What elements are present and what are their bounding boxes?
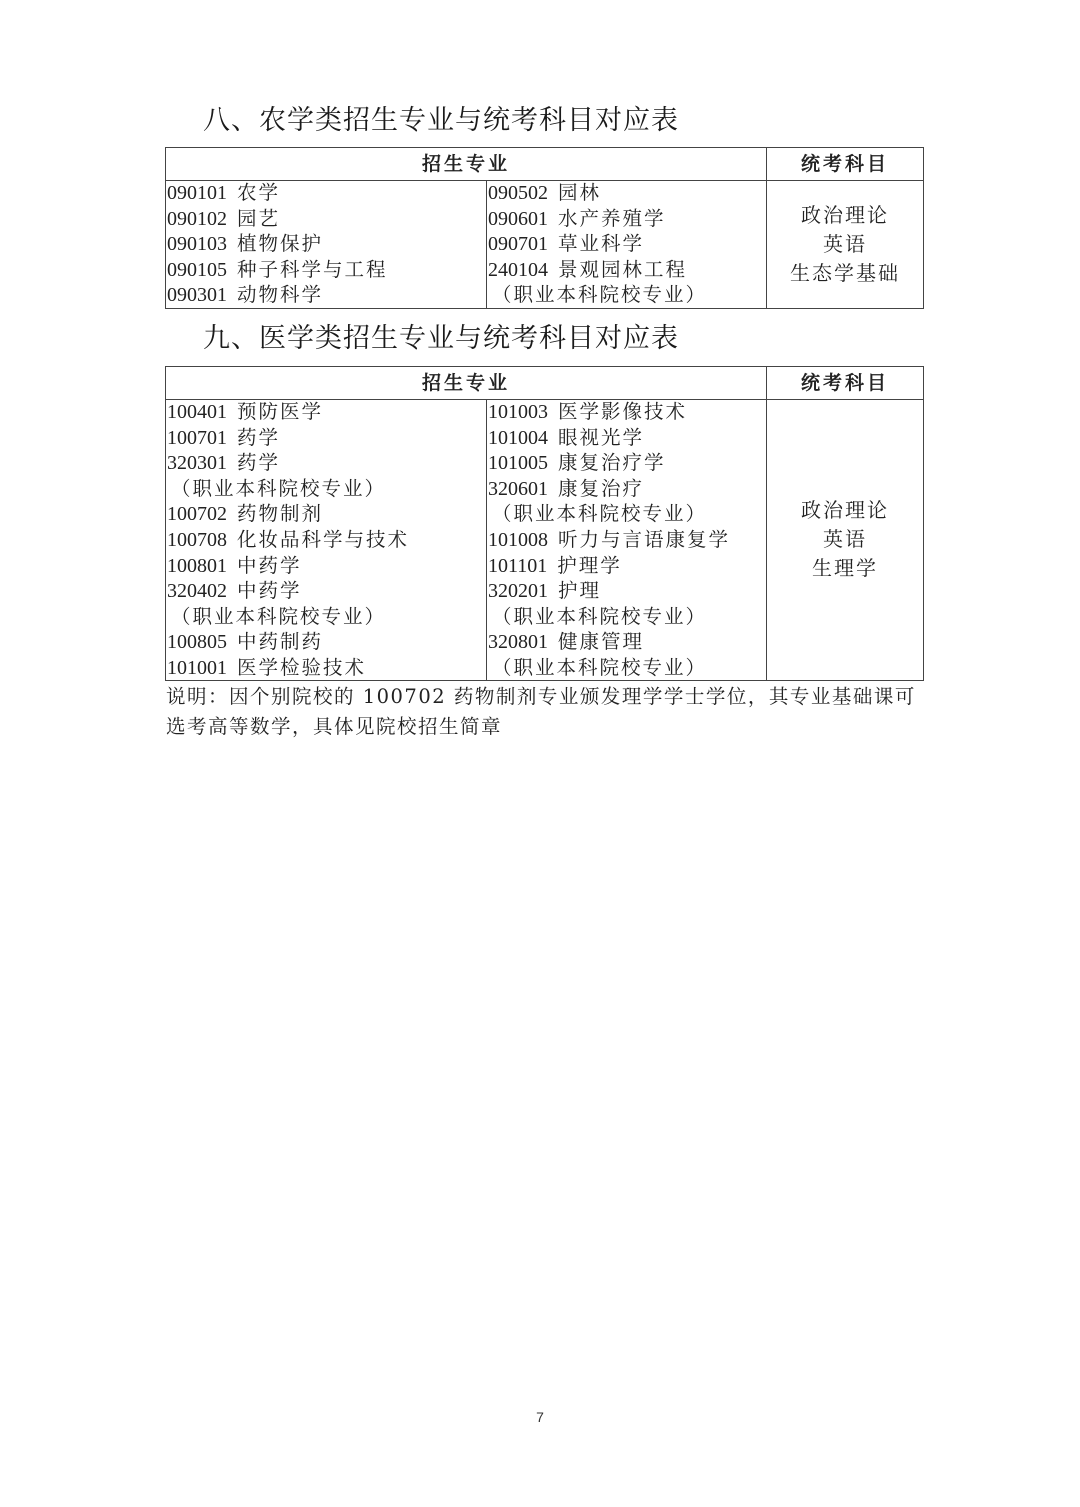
- major-code: 100702: [167, 503, 227, 525]
- major-name: 动物科学: [237, 283, 323, 306]
- table-row: （职业本科院校专业）: [166, 476, 486, 502]
- major-name: 中药学: [237, 554, 302, 577]
- major-code: 320301: [167, 452, 227, 474]
- major-code: 101001: [167, 657, 227, 679]
- table-row: 101101护理学: [487, 553, 767, 579]
- major-name: 康复治疗: [558, 477, 644, 500]
- major-name: 药物制剂: [237, 502, 323, 525]
- header-subjects: 统考科目: [766, 148, 923, 180]
- major-name: 水产养殖学: [558, 207, 666, 230]
- major-code: 240104: [488, 259, 548, 281]
- major-code: 090601: [488, 208, 548, 230]
- table-row: （职业本科院校专业）: [487, 501, 767, 527]
- majors-column-1: 090101农学090102园艺090103植物保护090105种子科学与工程0…: [166, 180, 486, 308]
- table-row: 100401预防医学: [166, 399, 486, 425]
- major-name: 化妆品科学与技术: [237, 528, 409, 551]
- table-row: 090103植物保护: [166, 231, 486, 257]
- major-note: （职业本科院校专业）: [488, 502, 707, 525]
- header-major: 招生专业: [166, 148, 766, 180]
- major-code: 090101: [167, 182, 227, 204]
- table-row: 320801健康管理: [487, 629, 767, 655]
- major-code: 101004: [488, 427, 548, 449]
- major-code: 320402: [167, 580, 227, 602]
- major-name: 园艺: [237, 207, 280, 230]
- table-row: 090102园艺: [166, 206, 486, 232]
- major-code: 101005: [488, 452, 548, 474]
- major-code: 100401: [167, 401, 227, 423]
- major-name: 园林: [558, 181, 601, 204]
- table-row: 100801中药学: [166, 553, 486, 579]
- major-name: 农学: [237, 181, 280, 204]
- table-row: 090301动物科学: [166, 282, 486, 308]
- exam-subject: 生态学基础: [790, 259, 900, 288]
- table-row: 101003医学影像技术: [487, 399, 767, 425]
- major-code: 320601: [488, 478, 548, 500]
- header-major: 招生专业: [166, 367, 766, 399]
- table-row: （职业本科院校专业）: [487, 282, 767, 308]
- table-row: 100701药学: [166, 425, 486, 451]
- major-note: （职业本科院校专业）: [167, 605, 386, 628]
- table-row: 320601康复治疗: [487, 476, 767, 502]
- major-code: 100701: [167, 427, 227, 449]
- major-code: 090105: [167, 259, 227, 281]
- exam-subject: 生理学: [812, 554, 878, 583]
- majors-column-2: 101003医学影像技术101004眼视光学101005康复治疗学320601康…: [486, 399, 767, 680]
- table-row: 090502园林: [487, 180, 767, 206]
- major-note: （职业本科院校专业）: [488, 656, 707, 679]
- major-code: 090502: [488, 182, 548, 204]
- page-number: 7: [0, 1409, 1080, 1425]
- table-row: 100702药物制剂: [166, 501, 486, 527]
- table-row: 090701草业科学: [487, 231, 767, 257]
- major-code: 320801: [488, 631, 548, 653]
- major-name: 眼视光学: [558, 426, 644, 449]
- major-code: 101003: [488, 401, 548, 423]
- table-row: 101001医学检验技术: [166, 655, 486, 681]
- exam-subject: 政治理论: [801, 496, 889, 525]
- table-header: 招生专业 统考科目: [166, 148, 923, 181]
- table-row: 090101农学: [166, 180, 486, 206]
- medicine-table: 招生专业 统考科目 100401预防医学100701药学320301药学（职业本…: [165, 366, 924, 681]
- majors-column-1: 100401预防医学100701药学320301药学（职业本科院校专业）1007…: [166, 399, 486, 680]
- major-name: 中药制药: [237, 630, 323, 653]
- major-name: 预防医学: [237, 400, 323, 423]
- major-code: 320201: [488, 580, 548, 602]
- major-code: 100708: [167, 529, 227, 551]
- section9-title: 九、医学类招生专业与统考科目对应表: [203, 319, 679, 359]
- remark-line-1: 说明：因个别院校的 100702 药物制剂专业颁发理学学士学位，其专业基础课可: [166, 682, 926, 712]
- major-code: 090701: [488, 233, 548, 255]
- major-code: 101008: [488, 529, 548, 551]
- major-name: 医学影像技术: [558, 400, 687, 423]
- major-name: 健康管理: [558, 630, 644, 653]
- remark-note: 说明：因个别院校的 100702 药物制剂专业颁发理学学士学位，其专业基础课可 …: [166, 682, 926, 742]
- table-row: 320201护理: [487, 578, 767, 604]
- major-name: 草业科学: [558, 232, 644, 255]
- table-row: 090601水产养殖学: [487, 206, 767, 232]
- major-note: （职业本科院校专业）: [488, 283, 707, 306]
- table-row: （职业本科院校专业）: [487, 604, 767, 630]
- major-code: 101101: [488, 555, 547, 577]
- major-code: 100805: [167, 631, 227, 653]
- major-note: （职业本科院校专业）: [167, 477, 386, 500]
- major-name: 植物保护: [237, 232, 323, 255]
- major-note: （职业本科院校专业）: [488, 605, 707, 628]
- major-name: 医学检验技术: [237, 656, 366, 679]
- exam-subject: 政治理论: [801, 201, 889, 230]
- agriculture-table: 招生专业 统考科目 090101农学090102园艺090103植物保护0901…: [165, 147, 924, 309]
- table-row: 090105种子科学与工程: [166, 257, 486, 283]
- table-row: 101008听力与言语康复学: [487, 527, 767, 553]
- subjects-column: 政治理论英语生态学基础: [766, 180, 923, 308]
- major-name: 护理: [558, 579, 601, 602]
- majors-column-2: 090502园林090601水产养殖学090701草业科学240104景观园林工…: [486, 180, 767, 308]
- table-row: 100805中药制药: [166, 629, 486, 655]
- major-name: 护理学: [557, 554, 622, 577]
- major-name: 听力与言语康复学: [558, 528, 730, 551]
- major-name: 中药学: [237, 579, 302, 602]
- major-name: 康复治疗学: [558, 451, 666, 474]
- major-code: 090103: [167, 233, 227, 255]
- table-row: （职业本科院校专业）: [487, 655, 767, 681]
- table-row: 101005康复治疗学: [487, 450, 767, 476]
- table-row: 320301药学: [166, 450, 486, 476]
- major-code: 090301: [167, 284, 227, 306]
- subjects-column: 政治理论英语生理学: [766, 399, 923, 680]
- major-name: 药学: [237, 451, 280, 474]
- table-row: （职业本科院校专业）: [166, 604, 486, 630]
- table-row: 320402中药学: [166, 578, 486, 604]
- exam-subject: 英语: [823, 230, 867, 259]
- table-header: 招生专业 统考科目: [166, 367, 923, 400]
- remark-line-2: 选考高等数学，具体见院校招生简章: [166, 712, 926, 742]
- major-code: 100801: [167, 555, 227, 577]
- section8-title: 八、农学类招生专业与统考科目对应表: [203, 101, 679, 141]
- header-subjects: 统考科目: [766, 367, 923, 399]
- major-name: 种子科学与工程: [237, 258, 388, 281]
- major-name: 景观园林工程: [558, 258, 687, 281]
- major-code: 090102: [167, 208, 227, 230]
- table-row: 101004眼视光学: [487, 425, 767, 451]
- major-name: 药学: [237, 426, 280, 449]
- table-row: 100708化妆品科学与技术: [166, 527, 486, 553]
- exam-subject: 英语: [823, 525, 867, 554]
- table-row: 240104景观园林工程: [487, 257, 767, 283]
